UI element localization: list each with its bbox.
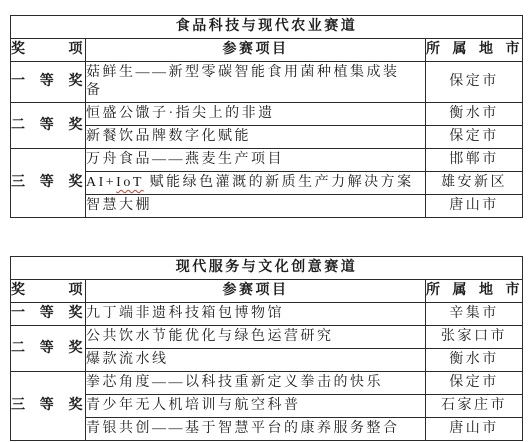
project-text-suffix: 赋能绿色灌溉的新质生产力解决方案	[144, 175, 414, 190]
city-cell: 衡水市	[426, 349, 523, 372]
track-title-row: 现代服务与文化创意赛道	[11, 257, 523, 280]
table-row: 二等奖 恒盛公馓子·指尖上的非遗 衡水市	[11, 103, 523, 126]
award-cell-second-prize: 二等奖	[11, 103, 86, 149]
city-cell: 唐山市	[426, 195, 523, 218]
city-cell: 雄安新区	[426, 172, 523, 195]
col-header-city: 所属地市	[426, 280, 523, 303]
table-row: 青少年无人机培训与航空科普 石家庄市	[11, 395, 523, 418]
project-text-prefix: AI+	[86, 175, 116, 190]
award-cell-first-prize: 一等奖	[11, 62, 86, 103]
spellcheck-underlined-text: IoT	[116, 175, 143, 190]
city-cell: 张家口市	[426, 326, 523, 349]
col-header-project: 参赛项目	[86, 39, 426, 62]
project-cell: 爆款流水线	[86, 349, 426, 372]
food-tech-agriculture-track-table: 食品科技与现代农业赛道 奖项 参赛项目 所属地市 一等奖 菇鲜生——新型零碳智能…	[10, 15, 523, 218]
project-cell: 九丁端非遗科技箱包博物馆	[86, 303, 426, 326]
table-row: 爆款流水线 衡水市	[11, 349, 523, 372]
column-header-row: 奖项 参赛项目 所属地市	[11, 280, 523, 303]
city-cell: 保定市	[426, 62, 523, 103]
award-cell-third-prize: 三等奖	[11, 149, 86, 218]
project-cell: 拳芯角度——以科技重新定义拳击的快乐	[86, 372, 426, 395]
document-page: 食品科技与现代农业赛道 奖项 参赛项目 所属地市 一等奖 菇鲜生——新型零碳智能…	[0, 0, 532, 441]
award-cell-second-prize: 二等奖	[11, 326, 86, 372]
table-row: 三等奖 拳芯角度——以科技重新定义拳击的快乐 保定市	[11, 372, 523, 395]
table-row: 二等奖 公共饮水节能优化与绿色运营研究 张家口市	[11, 326, 523, 349]
table-row: 一等奖 九丁端非遗科技箱包博物馆 辛集市	[11, 303, 523, 326]
city-cell: 石家庄市	[426, 395, 523, 418]
col-header-project: 参赛项目	[86, 280, 426, 303]
project-cell: 菇鲜生——新型零碳智能食用菌种植集成装 备	[86, 62, 426, 103]
project-cell: 万舟食品——燕麦生产项目	[86, 149, 426, 172]
table-row: 三等奖 万舟食品——燕麦生产项目 邯郸市	[11, 149, 523, 172]
city-cell: 保定市	[426, 126, 523, 149]
table-row: 一等奖 菇鲜生——新型零碳智能食用菌种植集成装 备 保定市	[11, 62, 523, 103]
city-cell: 唐山市	[426, 418, 523, 441]
table-row: 青银共创——基于智慧平台的康养服务整合 唐山市	[11, 418, 523, 441]
track-title: 现代服务与文化创意赛道	[11, 257, 523, 280]
city-cell: 邯郸市	[426, 149, 523, 172]
city-cell: 保定市	[426, 372, 523, 395]
project-cell: 新餐饮品牌数字化赋能	[86, 126, 426, 149]
table-spacer	[10, 218, 522, 256]
project-cell: 青少年无人机培训与航空科普	[86, 395, 426, 418]
award-cell-third-prize: 三等奖	[11, 372, 86, 441]
table-row: AI+IoT 赋能绿色灌溉的新质生产力解决方案 雄安新区	[11, 172, 523, 195]
track-title-row: 食品科技与现代农业赛道	[11, 16, 523, 39]
modern-service-culture-track-table: 现代服务与文化创意赛道 奖项 参赛项目 所属地市 一等奖 九丁端非遗科技箱包博物…	[10, 256, 523, 441]
track-title: 食品科技与现代农业赛道	[11, 16, 523, 39]
project-cell: 公共饮水节能优化与绿色运营研究	[86, 326, 426, 349]
col-header-award: 奖项	[11, 39, 86, 62]
table-row: 新餐饮品牌数字化赋能 保定市	[11, 126, 523, 149]
column-header-row: 奖项 参赛项目 所属地市	[11, 39, 523, 62]
project-cell: 恒盛公馓子·指尖上的非遗	[86, 103, 426, 126]
table-row: 智慧大棚 唐山市	[11, 195, 523, 218]
award-cell-first-prize: 一等奖	[11, 303, 86, 326]
col-header-city: 所属地市	[426, 39, 523, 62]
project-cell: AI+IoT 赋能绿色灌溉的新质生产力解决方案	[86, 172, 426, 195]
project-cell: 智慧大棚	[86, 195, 426, 218]
project-cell: 青银共创——基于智慧平台的康养服务整合	[86, 418, 426, 441]
col-header-award: 奖项	[11, 280, 86, 303]
city-cell: 衡水市	[426, 103, 523, 126]
city-cell: 辛集市	[426, 303, 523, 326]
